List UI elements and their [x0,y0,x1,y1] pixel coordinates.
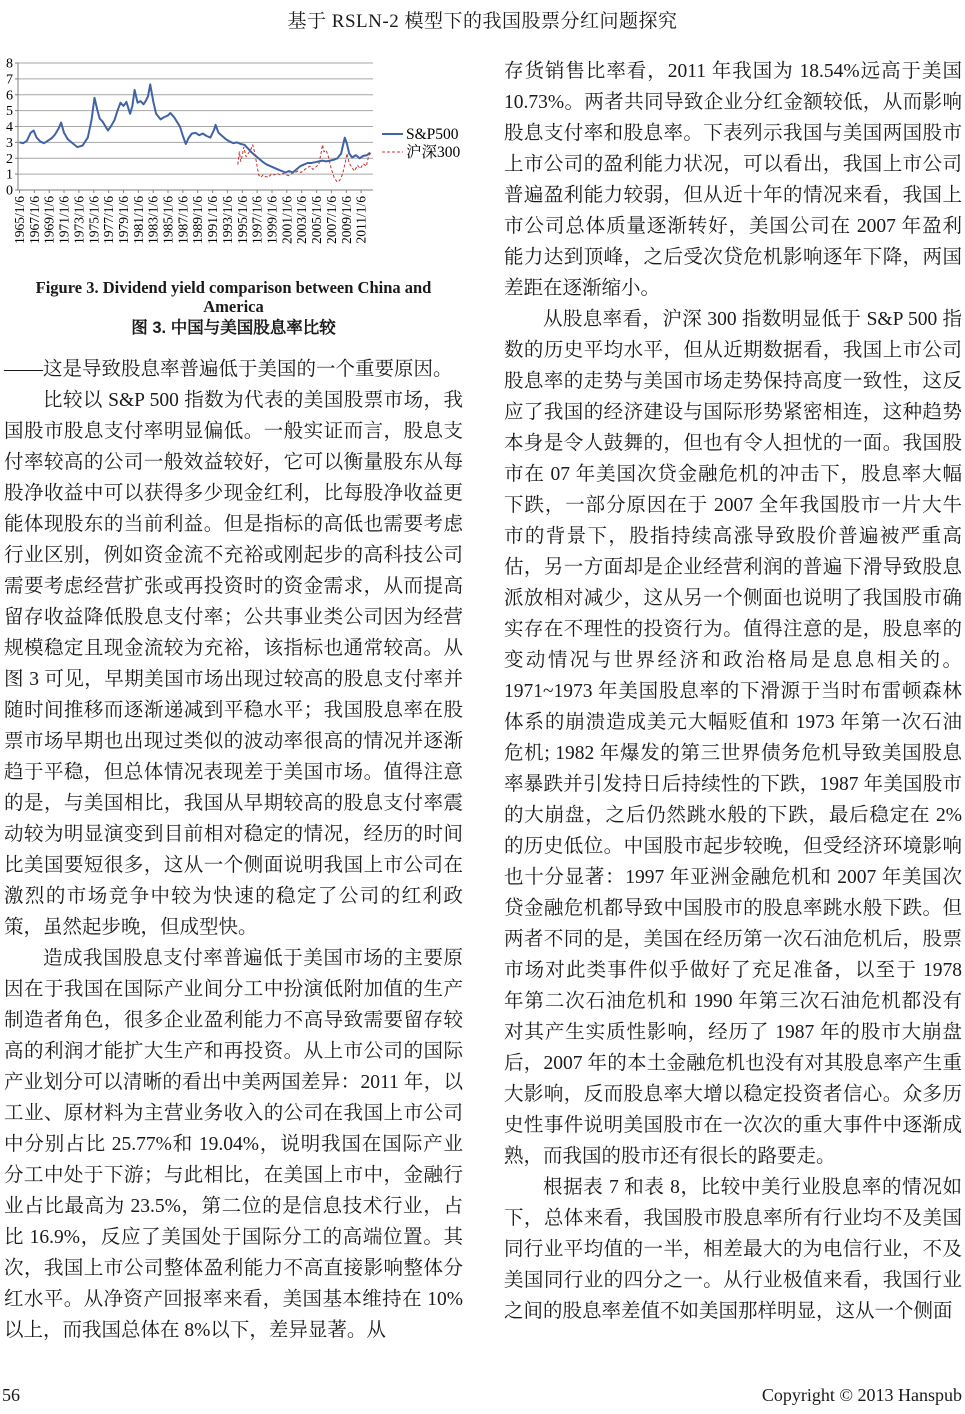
svg-text:1991/1/6: 1991/1/6 [205,196,220,244]
paragraph: 根据表 7 和表 8，比较中美行业股息率的情况如下，总体来看，我国股市股息率所有… [504,1172,962,1327]
svg-text:沪深300: 沪深300 [406,143,461,161]
dividend-yield-chart: 0123456781965/1/61967/1/61969/1/61971/1/… [4,54,467,274]
svg-text:2011/1/6: 2011/1/6 [354,196,369,244]
svg-text:2003/1/6: 2003/1/6 [294,196,309,244]
page-header-title: 基于 RSLN-2 模型下的我国股票分红问题探究 [0,6,965,33]
figure-3-chart-area: 0123456781965/1/61967/1/61969/1/61971/1/… [4,54,467,274]
svg-text:3: 3 [6,136,13,151]
right-column-text: 存货销售比率看，2011 年我国为 18.54%远高于美国 10.73%。两者共… [504,56,962,1327]
svg-text:1965/1/6: 1965/1/6 [12,196,27,244]
paper-page: 基于 RSLN-2 模型下的我国股票分红问题探究 0123456781965/1… [0,0,965,1414]
svg-text:1977/1/6: 1977/1/6 [101,196,116,244]
svg-text:1975/1/6: 1975/1/6 [86,196,101,244]
svg-text:1997/1/6: 1997/1/6 [250,196,265,244]
svg-text:1995/1/6: 1995/1/6 [235,196,250,244]
svg-text:2009/1/6: 2009/1/6 [339,196,354,244]
figure-caption-english: Figure 3. Dividend yield comparison betw… [4,278,463,316]
page-number: 56 [2,1385,20,1406]
figure-caption-chinese: 图 3. 中国与美国股息率比较 [4,318,463,338]
left-column: 0123456781965/1/61967/1/61969/1/61971/1/… [4,54,463,1346]
paragraph: 存货销售比率看，2011 年我国为 18.54%远高于美国 10.73%。两者共… [504,56,962,304]
svg-text:1983/1/6: 1983/1/6 [146,196,161,244]
svg-text:7: 7 [6,72,13,87]
svg-text:1: 1 [6,168,13,183]
paragraph: ——这是导致股息率普遍低于美国的一个重要原因。 [4,354,463,385]
svg-text:5: 5 [6,104,13,119]
svg-text:2: 2 [6,152,13,167]
paragraph: 造成我国股息支付率普遍低于美国市场的主要原因在于我国在国际产业间分工中扮演低附加… [4,943,463,1346]
svg-text:1971/1/6: 1971/1/6 [57,196,72,244]
svg-text:1999/1/6: 1999/1/6 [265,196,280,244]
svg-text:2001/1/6: 2001/1/6 [279,196,294,244]
svg-text:6: 6 [6,88,13,103]
svg-text:1967/1/6: 1967/1/6 [27,196,42,244]
svg-text:1989/1/6: 1989/1/6 [190,196,205,244]
svg-text:1987/1/6: 1987/1/6 [175,196,190,244]
svg-text:8: 8 [6,57,13,72]
svg-text:1985/1/6: 1985/1/6 [161,196,176,244]
right-column: 存货销售比率看，2011 年我国为 18.54%远高于美国 10.73%。两者共… [504,56,962,1327]
svg-text:1973/1/6: 1973/1/6 [71,196,86,244]
svg-text:4: 4 [6,120,13,135]
svg-text:2005/1/6: 2005/1/6 [309,196,324,244]
paragraph: 比较以 S&P 500 指数为代表的美国股票市场，我国股市股息支付率明显偏低。一… [4,385,463,943]
left-column-text: ——这是导致股息率普遍低于美国的一个重要原因。比较以 S&P 500 指数为代表… [4,354,463,1346]
svg-text:1979/1/6: 1979/1/6 [116,196,131,244]
svg-text:2007/1/6: 2007/1/6 [324,196,339,244]
svg-text:1993/1/6: 1993/1/6 [220,196,235,244]
svg-text:S&P500: S&P500 [406,126,459,143]
svg-text:1969/1/6: 1969/1/6 [42,196,57,244]
paragraph: 从股息率看，沪深 300 指数明显低于 S&P 500 指数的历史平均水平，但从… [504,304,962,1172]
svg-text:1981/1/6: 1981/1/6 [131,196,146,244]
copyright-notice: Copyright © 2013 Hanspub [762,1385,962,1406]
